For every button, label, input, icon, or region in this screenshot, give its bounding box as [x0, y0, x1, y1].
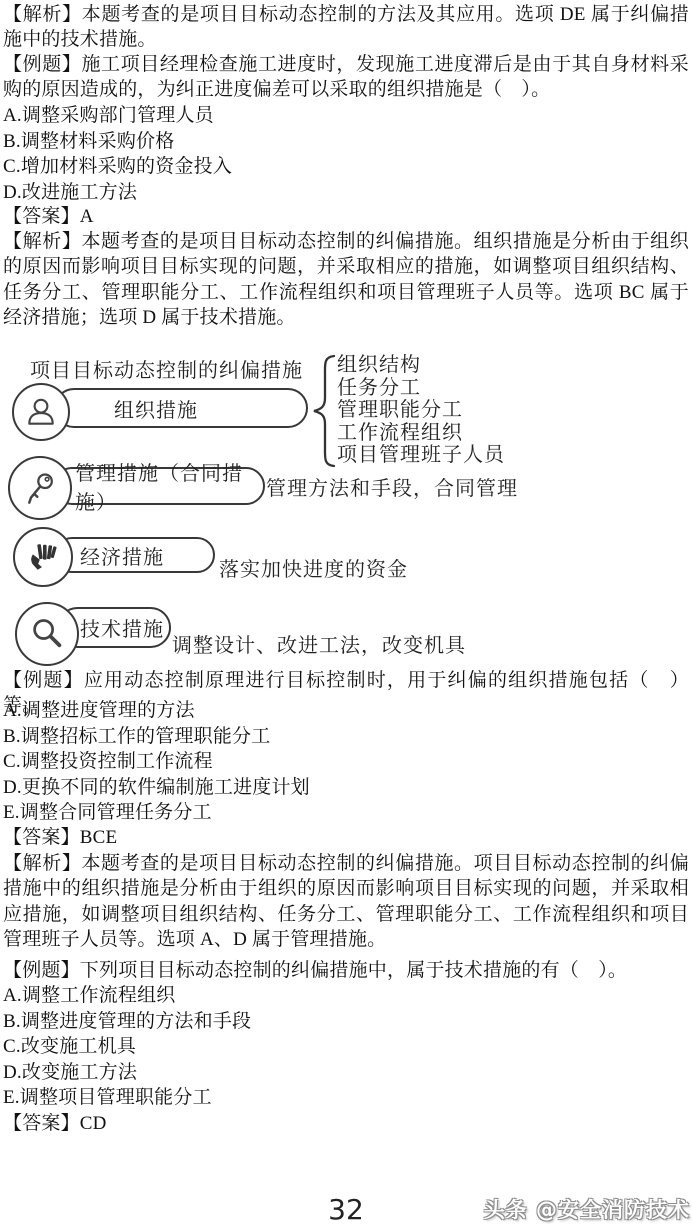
- q2-option-e: E.调整合同管理任务分工: [3, 800, 689, 826]
- q1-option-d: D.改进施工方法: [3, 180, 689, 206]
- q2-option-b: B.调整招标工作的管理职能分工: [3, 724, 689, 750]
- mgmt-measure-label: 管理措施（合同措施）: [75, 457, 263, 515]
- q1-option-a: A.调整采购部门管理人员: [3, 103, 689, 129]
- q3-options: A.调整工作流程组织 B.调整进度管理的方法和手段 C.改变施工机具 D.改变施…: [3, 983, 689, 1111]
- q1-analysis: 【解析】本题考查的是项目目标动态控制的纠偏措施。组织措施是分析由于组织的原因而影…: [3, 229, 689, 331]
- person-icon: [12, 383, 70, 441]
- org-item: 管理职能分工: [337, 399, 505, 422]
- mgmt-measure-pill: 管理措施（合同措施）: [53, 467, 265, 505]
- q3-answer: 【答案】CD: [3, 1111, 689, 1137]
- org-item: 项目管理班子人员: [337, 444, 505, 467]
- q3-stem: 【例题】下列项目目标动态控制的纠偏措施中，属于技术措施的有（ ）。: [3, 958, 689, 983]
- magnifier-icon: [15, 602, 79, 666]
- econ-measure-pill: 经济措施: [54, 537, 215, 573]
- corrective-measures-diagram: 项目目标动态控制的纠偏措施 组织措施 组织结构 任务分工 管理职能分工 工作流程…: [0, 350, 692, 665]
- q2-option-c: C.调整投资控制工作流程: [3, 749, 689, 775]
- q3-option-d: D.改变施工方法: [3, 1060, 689, 1086]
- q3-option-a: A.调整工作流程组织: [3, 983, 689, 1009]
- brace-icon: [310, 354, 336, 468]
- econ-measure-note: 落实加快进度的资金: [219, 553, 408, 582]
- q2-answer-row: 【答案】BCE: [3, 825, 689, 851]
- q3-answer-row: 【答案】CD: [3, 1111, 689, 1137]
- org-item: 组织结构: [337, 354, 505, 377]
- q1-options: A.调整采购部门管理人员 B.调整材料采购价格 C.增加材料采购的资金投入 D.…: [3, 103, 689, 205]
- q1-answer-row: 【答案】A: [3, 204, 689, 230]
- tech-measure-label: 技术措施: [80, 613, 164, 642]
- watermark: 头条 @安全消防技术: [484, 1194, 690, 1224]
- q1-option-b: B.调整材料采购价格: [3, 129, 689, 155]
- econ-measure-label: 经济措施: [80, 541, 164, 570]
- org-item: 任务分工: [337, 377, 505, 400]
- q2-answer: 【答案】BCE: [3, 825, 689, 851]
- q2-option-a: A.调整进度管理的方法: [3, 698, 689, 724]
- mgmt-measure-note: 管理方法和手段，合同管理: [266, 472, 518, 501]
- q2-option-d: D.更换不同的软件编制施工进度计划: [3, 775, 689, 801]
- tech-measure-note: 调整设计、改进工法，改变机具: [172, 629, 466, 658]
- q1-prev-analysis: 【解析】本题考查的是项目目标动态控制的方法及其应用。选项 DE 属于纠偏措施中的…: [3, 2, 689, 53]
- org-measure-items: 组织结构 任务分工 管理职能分工 工作流程组织 项目管理班子人员: [337, 354, 505, 467]
- q2-options: A.调整进度管理的方法 B.调整招标工作的管理职能分工 C.调整投资控制工作流程…: [3, 698, 689, 826]
- diagram-title: 项目目标动态控制的纠偏措施: [30, 354, 303, 383]
- org-measure-label: 组织措施: [114, 394, 198, 423]
- money-hand-icon: [13, 527, 73, 587]
- org-measure-pill: 组织措施: [54, 388, 308, 428]
- q3-option-b: B.调整进度管理的方法和手段: [3, 1009, 689, 1035]
- q3-option-c: C.改变施工机具: [3, 1034, 689, 1060]
- q3-option-e: E.调整项目管理职能分工: [3, 1085, 689, 1111]
- q1-answer: 【答案】A: [3, 204, 689, 230]
- key-icon: [8, 456, 72, 520]
- org-item: 工作流程组织: [337, 422, 505, 445]
- q1-stem: 【例题】施工项目经理检查施工进度时，发现施工进度滞后是由于其自身材料采购的原因造…: [3, 52, 689, 103]
- q2-analysis: 【解析】本题考查的是项目目标动态控制的纠偏措施。项目目标动态控制的纠偏措施中的组…: [3, 851, 689, 953]
- q1-option-c: C.增加材料采购的资金投入: [3, 154, 689, 180]
